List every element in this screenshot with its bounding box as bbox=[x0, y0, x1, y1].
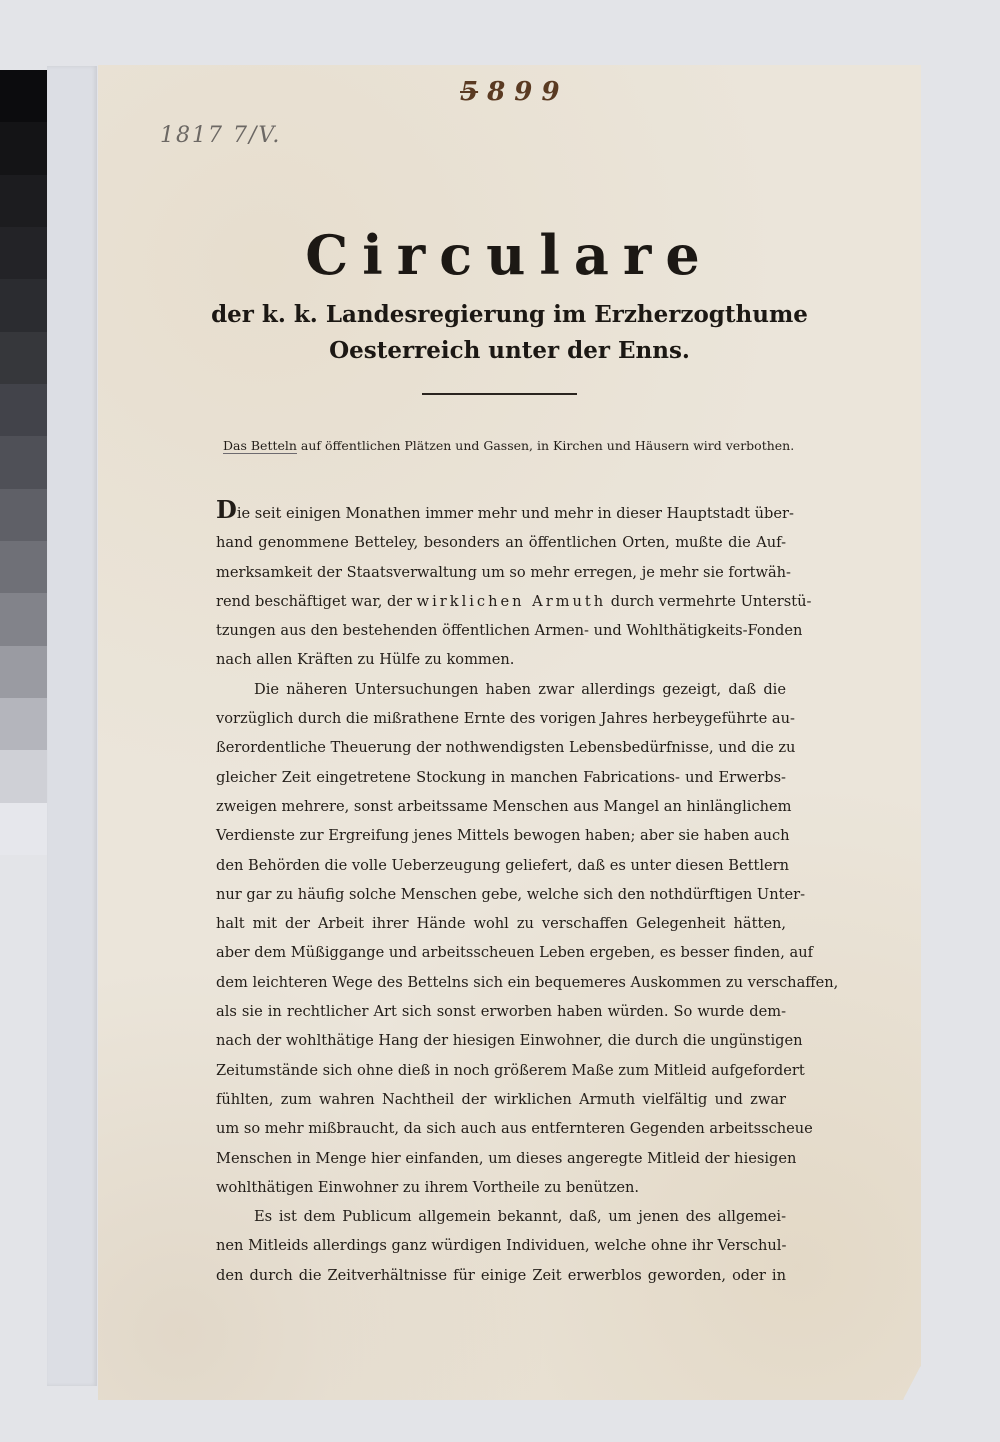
text-segment: aber dem Müßiggange und arbeitsscheuen L… bbox=[216, 944, 813, 961]
text-line: halt mit der Arbeit ihrer Hände wohl zu … bbox=[216, 909, 786, 938]
text-segment: nur gar zu häufig solche Menschen gebe, … bbox=[216, 886, 805, 903]
grayscale-step bbox=[0, 489, 47, 541]
text-line: aber dem Müßiggange und arbeitsscheuen L… bbox=[216, 938, 786, 967]
text-line: nur gar zu häufig solche Menschen gebe, … bbox=[216, 880, 786, 909]
text-line: Zeitumstände sich ohne dieß in noch größ… bbox=[216, 1056, 786, 1085]
text-segment: den Behörden die volle Ueberzeugung geli… bbox=[216, 857, 789, 874]
grayscale-step bbox=[0, 122, 47, 174]
text-segment: halt mit der Arbeit ihrer Hände wohl zu … bbox=[216, 915, 786, 932]
text-line: den Behörden die volle Ueberzeugung geli… bbox=[216, 851, 786, 880]
grayscale-step bbox=[0, 384, 47, 436]
text-line: Die seit einigen Monathen immer mehr und… bbox=[216, 498, 786, 528]
grayscale-step bbox=[0, 646, 47, 698]
text-segment: Verdienste zur Ergreifung jenes Mittels … bbox=[216, 827, 790, 844]
text-line: um so mehr mißbraucht, da sich auch aus … bbox=[216, 1114, 786, 1143]
grayscale-step bbox=[0, 803, 47, 855]
grayscale-step bbox=[0, 750, 47, 802]
text-line: den durch die Zeitverhältnisse für einig… bbox=[216, 1261, 786, 1290]
text-segment: gleicher Zeit eingetretene Stockung in m… bbox=[216, 769, 786, 786]
grayscale-step bbox=[0, 698, 47, 750]
text-line: gleicher Zeit eingetretene Stockung in m… bbox=[216, 763, 786, 792]
grayscale-step bbox=[0, 541, 47, 593]
text-segment: dem leichteren Wege des Bettelns sich ei… bbox=[216, 974, 838, 991]
text-line: Menschen in Menge hier einfanden, um die… bbox=[216, 1144, 786, 1173]
text-line: tzungen aus den bestehenden öffentlichen… bbox=[216, 616, 786, 645]
text-segment: durch vermehrte Unterstü- bbox=[606, 593, 811, 610]
text-line: wohlthätigen Einwohner zu ihrem Vortheil… bbox=[216, 1173, 786, 1202]
document-page: 1817 7/V. 5 8 9 9 Circulare der k. k. La… bbox=[98, 65, 921, 1400]
text-segment: nach der wohlthätige Hang der hiesigen E… bbox=[216, 1032, 803, 1049]
text-line: Die näheren Untersuchungen haben zwar al… bbox=[216, 675, 786, 704]
grayscale-step bbox=[0, 593, 47, 645]
text-segment: fühlten, zum wahren Nachtheil der wirkli… bbox=[216, 1091, 786, 1108]
text-line: dem leichteren Wege des Bettelns sich ei… bbox=[216, 968, 786, 997]
text-line: rend beschäftiget war, der wirklichen Ar… bbox=[216, 587, 786, 616]
body-text: Die seit einigen Monathen immer mehr und… bbox=[216, 498, 786, 1290]
text-line: zweigen mehrere, sonst arbeitssame Mensc… bbox=[216, 792, 786, 821]
text-segment: rend beschäftiget war, der bbox=[216, 593, 417, 610]
text-segment: als sie in rechtlicher Art sich sonst er… bbox=[216, 1003, 786, 1020]
text-segment: Zeitumstände sich ohne dieß in noch größ… bbox=[216, 1062, 805, 1079]
text-line: nach allen Kräften zu Hülfe zu kommen. bbox=[216, 645, 786, 674]
grayscale-step bbox=[0, 279, 47, 331]
text-segment: vorzüglich durch die mißrathene Ernte de… bbox=[216, 710, 795, 727]
archive-number: 8 9 9 bbox=[487, 77, 559, 107]
pencil-date-annotation: 1817 7/V. bbox=[160, 123, 281, 148]
grayscale-step bbox=[0, 436, 47, 488]
text-segment: zweigen mehrere, sonst arbeitssame Mensc… bbox=[216, 798, 792, 815]
issuer-line-2: Oesterreich unter der Enns. bbox=[98, 337, 921, 364]
grayscale-step bbox=[0, 332, 47, 384]
issuer-line-1: der k. k. Landesregierung im Erzherzogth… bbox=[98, 301, 921, 328]
ornamental-divider bbox=[422, 393, 577, 395]
text-segment: wohlthätigen Einwohner zu ihrem Vortheil… bbox=[216, 1179, 639, 1196]
text-segment: ie seit einigen Monathen immer mehr und … bbox=[237, 505, 794, 522]
text-line: hand genommene Betteley, besonders an öf… bbox=[216, 528, 786, 557]
text-line: fühlten, zum wahren Nachtheil der wirkli… bbox=[216, 1085, 786, 1114]
text-line: merksamkeit der Staatsverwaltung um so m… bbox=[216, 558, 786, 587]
drop-cap: D bbox=[216, 495, 237, 524]
ink-archive-number: 5 8 9 9 bbox=[460, 77, 560, 107]
text-segment: den durch die Zeitverhältnisse für einig… bbox=[216, 1267, 786, 1284]
text-segment: nen Mitleids allerdings ganz würdigen In… bbox=[216, 1237, 786, 1254]
grayscale-step bbox=[0, 175, 47, 227]
subject-line: Das Betteln auf öffentlichen Plätzen und… bbox=[223, 438, 783, 453]
text-segment: um so mehr mißbraucht, da sich auch aus … bbox=[216, 1120, 813, 1137]
emphasized-text: wirklichen Armuth bbox=[417, 593, 607, 610]
text-line: nen Mitleids allerdings ganz würdigen In… bbox=[216, 1231, 786, 1260]
text-segment: Menschen in Menge hier einfanden, um die… bbox=[216, 1150, 796, 1167]
text-segment: hand genommene Betteley, besonders an öf… bbox=[216, 534, 786, 551]
subject-underlined: Das Betteln bbox=[223, 438, 297, 454]
mounting-backing bbox=[47, 66, 97, 1386]
subject-text: auf öffentlichen Plätzen und Gassen, in … bbox=[297, 438, 794, 453]
text-line: Es ist dem Publicum allgemein bekannt, d… bbox=[216, 1202, 786, 1231]
text-segment: ßerordentliche Theuerung der nothwendigs… bbox=[216, 739, 795, 756]
text-segment: tzungen aus den bestehenden öffentlichen… bbox=[216, 622, 802, 639]
text-segment: merksamkeit der Staatsverwaltung um so m… bbox=[216, 564, 791, 581]
text-line: vorzüglich durch die mißrathene Ernte de… bbox=[216, 704, 786, 733]
text-line: nach der wohlthätige Hang der hiesigen E… bbox=[216, 1026, 786, 1055]
text-line: ßerordentliche Theuerung der nothwendigs… bbox=[216, 733, 786, 762]
text-line: Verdienste zur Ergreifung jenes Mittels … bbox=[216, 821, 786, 850]
grayscale-step bbox=[0, 227, 47, 279]
text-line: als sie in rechtlicher Art sich sonst er… bbox=[216, 997, 786, 1026]
text-segment: Die näheren Untersuchungen haben zwar al… bbox=[254, 681, 786, 698]
text-segment: nach allen Kräften zu Hülfe zu kommen. bbox=[216, 651, 514, 668]
grayscale-step bbox=[0, 70, 47, 122]
crossed-out-number: 5 bbox=[460, 77, 478, 107]
grayscale-calibration-strip bbox=[0, 70, 47, 855]
text-segment: Es ist dem Publicum allgemein bekannt, d… bbox=[254, 1208, 786, 1225]
document-title: Circulare bbox=[98, 223, 921, 287]
